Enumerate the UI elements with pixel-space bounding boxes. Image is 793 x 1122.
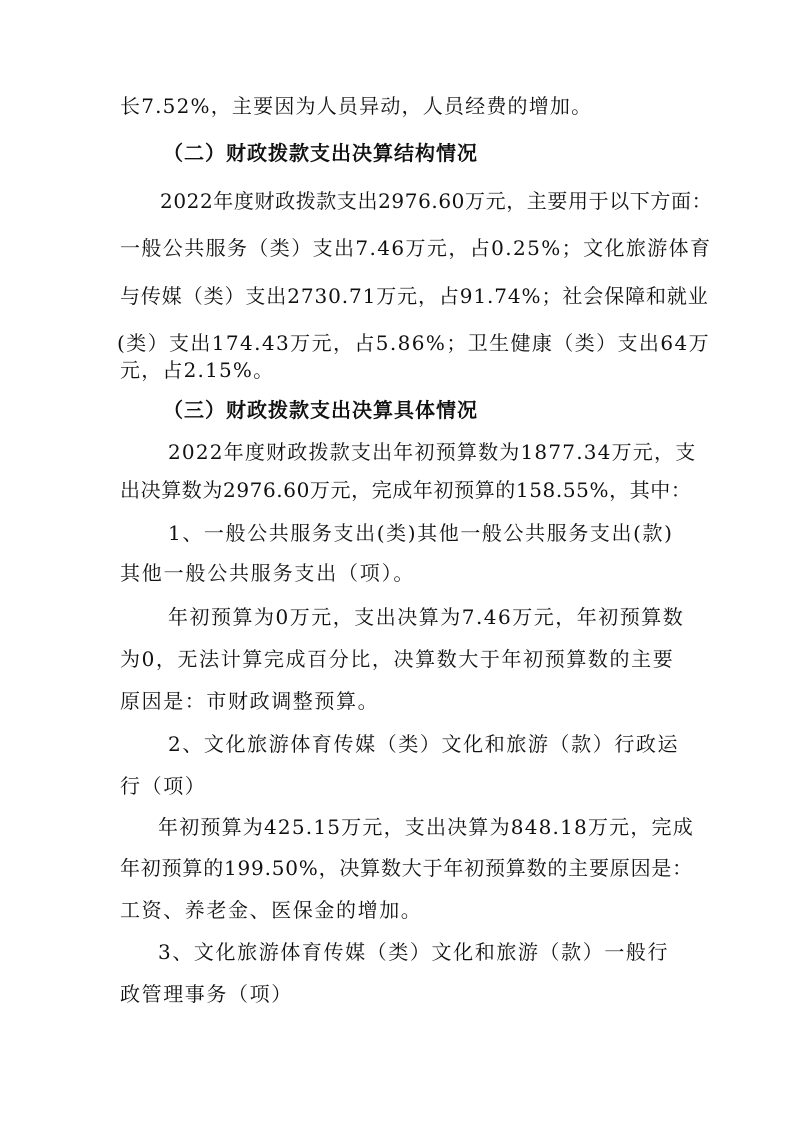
- item-1-title-line-1: 1、一般公共服务支出(类)其他一般公共服务支出(款): [168, 521, 674, 545]
- document-page: 长7.52%，主要因为人员异动，人员经费的增加。 （二）财政拨款支出决算结构情况…: [0, 0, 793, 1122]
- section-heading-3: （三）财政拨款支出决算具体情况: [163, 398, 478, 422]
- item-2-body-line-1: 年初预算为425.15万元，支出决算为848.18万元，完成: [158, 815, 694, 839]
- body-line-4: 一般公共服务（类）支出7.46万元，占0.25%；文化旅游体育: [120, 236, 711, 260]
- body-line-3: 2022年度财政拨款支出2976.60万元，主要用于以下方面：: [160, 189, 712, 213]
- body-line-1: 长7.52%，主要因为人员异动，人员经费的增加。: [120, 94, 592, 118]
- item-1-title-line-2: 其他一般公共服务支出（项）。: [120, 561, 415, 585]
- item-2-body-line-3: 工资、养老金、医保金的增加。: [120, 898, 422, 922]
- item-2-title-line-2: 行（项）: [120, 774, 206, 798]
- section-heading-2: （二）财政拨款支出决算结构情况: [163, 141, 478, 165]
- body-line-6: (类）支出174.43万元，占5.86%；卫生健康（类）支出64万: [117, 331, 710, 355]
- body-line-5: 与传媒（类）支出2730.71万元，占91.74%；社会保障和就业: [120, 284, 709, 308]
- body-line-10: 出决算数为2976.60万元，完成年初预算的158.55%，其中：: [120, 478, 692, 502]
- item-1-body-line-3: 原因是：市财政调整预算。: [120, 689, 379, 713]
- item-1-body-line-2: 为0，无法计算完成百分比，决算数大于年初预算数的主要: [120, 647, 674, 671]
- item-2-body-line-2: 年初预算的199.50%，决算数大于年初预算数的主要原因是：: [120, 856, 693, 880]
- item-3-title-line-2: 政管理事务（项）: [120, 982, 293, 1006]
- item-1-body-line-1: 年初预算为0万元，支出决算为7.46万元，年初预算数: [168, 605, 684, 629]
- item-3-title-line-1: 3、文化旅游体育传媒（类）文化和旅游（款）一般行: [158, 940, 669, 964]
- body-line-7: 元，占2.15%。: [120, 358, 274, 382]
- item-2-title-line-1: 2、文化旅游体育传媒（类）文化和旅游（款）行政运: [168, 732, 679, 756]
- body-line-9: 2022年度财政拨款支出年初预算数为1877.34万元，支: [168, 440, 696, 464]
